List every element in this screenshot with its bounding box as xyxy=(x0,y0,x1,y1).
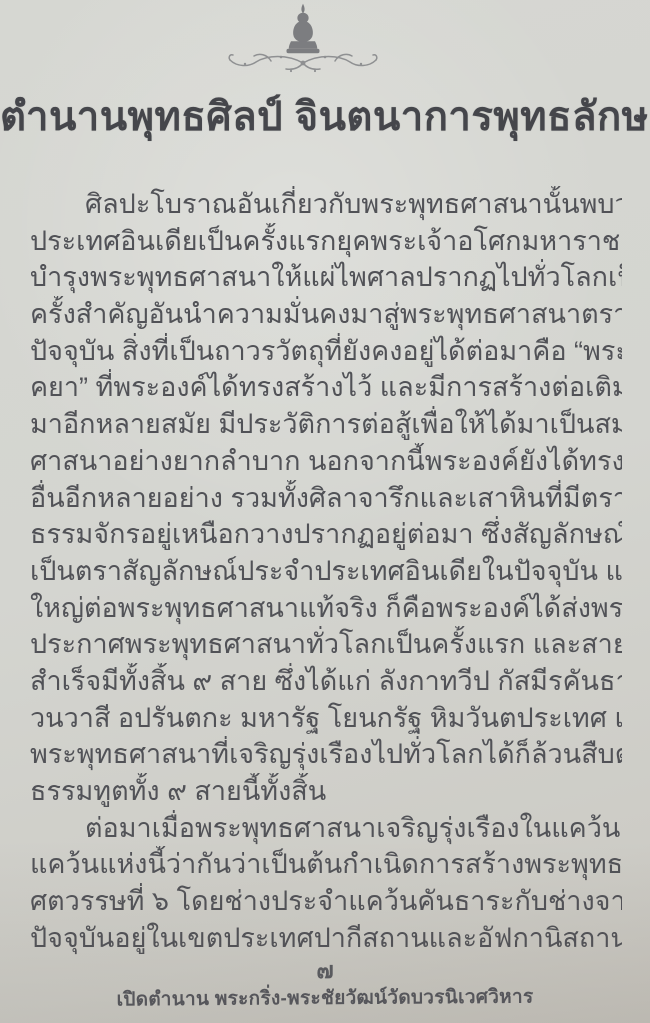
text-line: ประกาศพระพุทธศาสนาทั่วโลกเป็นครั้งแรก แล… xyxy=(30,626,622,663)
text-line: มาอีกหลายสมัย มีประวัติการต่อสู้เพื่อให้… xyxy=(30,406,622,443)
text-line: ครั้งสำคัญอันนำความมั่นคงมาสู่พระพุทธศาส… xyxy=(30,296,622,333)
text-line: ศิลปะโบราณอันเกี่ยวกับพระพุทธศาสนานั้นพบ… xyxy=(30,186,622,223)
text-line: แคว้นแห่งนี้ว่ากันว่าเป็นต้นกำเนิดการสร้… xyxy=(30,846,622,883)
header-ornament xyxy=(0,3,628,76)
text-line: ธรรมทูตทั้ง ๙ สายนี้ทั้งสิ้น xyxy=(30,773,622,810)
text-line: บำรุงพระพุทธศาสนาให้แผ่ไพศาลปรากฏไปทั่วโ… xyxy=(30,259,622,296)
text-line: ธรรมจักรอยู่เหนือกวางปรากฏอยู่ต่อมา ซึ่ง… xyxy=(30,516,622,553)
text-line: ปัจจุบันอยู่ในเขตประเทศปากีสถานและอัฟกาน… xyxy=(30,920,622,957)
scanned-book-page: ตำนานพุทธศิลป์ จินตนาการพุทธลักษณ์ ศิลปะ… xyxy=(0,0,650,1023)
scroll-flourish-icon xyxy=(223,48,383,76)
body-text: ศิลปะโบราณอันเกี่ยวกับพระพุทธศาสนานั้นพบ… xyxy=(30,186,622,956)
text-line: วนวาสี อปรันตกะ มหารัฐ โยนกรัฐ หิมวันตปร… xyxy=(30,700,622,737)
footer-book-title: เปิดตำนาน พระกริ่ง-พระชัยวัฒน์วัดบวรนิเว… xyxy=(0,981,650,1016)
page-title: ตำนานพุทธศิลป์ จินตนาการพุทธลักษณ์ xyxy=(0,84,650,148)
text-line: อื่นอีกหลายอย่าง รวมทั้งศิลาจารึกและเสาห… xyxy=(30,480,622,517)
text-line: ใหญ่ต่อพระพุทธศาสนาแท้จริง ก็คือพระองค์ไ… xyxy=(30,590,622,627)
text-line: สำเร็จมีทั้งสิ้น ๙ สาย ซึ่งได้แก่ ลังกาท… xyxy=(30,663,622,700)
text-line: ปัจจุบัน สิ่งที่เป็นถาวรวัตถุที่ยังคงอยู… xyxy=(30,333,622,370)
text-line: ศตวรรษที่ ๖ โดยช่างประจำแคว้นคันธาระกับช… xyxy=(30,883,622,920)
text-line: พระพุทธศาสนาที่เจริญรุ่งเรืองไปทั่วโลกได… xyxy=(30,736,622,773)
text-line: เป็นตราสัญลักษณ์ประจำประเทศอินเดียในปัจจ… xyxy=(30,553,622,590)
text-line: ต่อมาเมื่อพระพุทธศาสนาเจริญรุ่งเรืองในแค… xyxy=(30,810,622,847)
text-line: ศาสนาอย่างยากลำบาก นอกจากนี้พระองค์ยังได… xyxy=(30,443,622,480)
text-line: ประเทศอินเดียเป็นครั้งแรกยุคพระเจ้าอโศกม… xyxy=(30,223,622,260)
text-line: คยา” ที่พระองค์ได้ทรงสร้างไว้ และมีการสร… xyxy=(30,369,622,406)
